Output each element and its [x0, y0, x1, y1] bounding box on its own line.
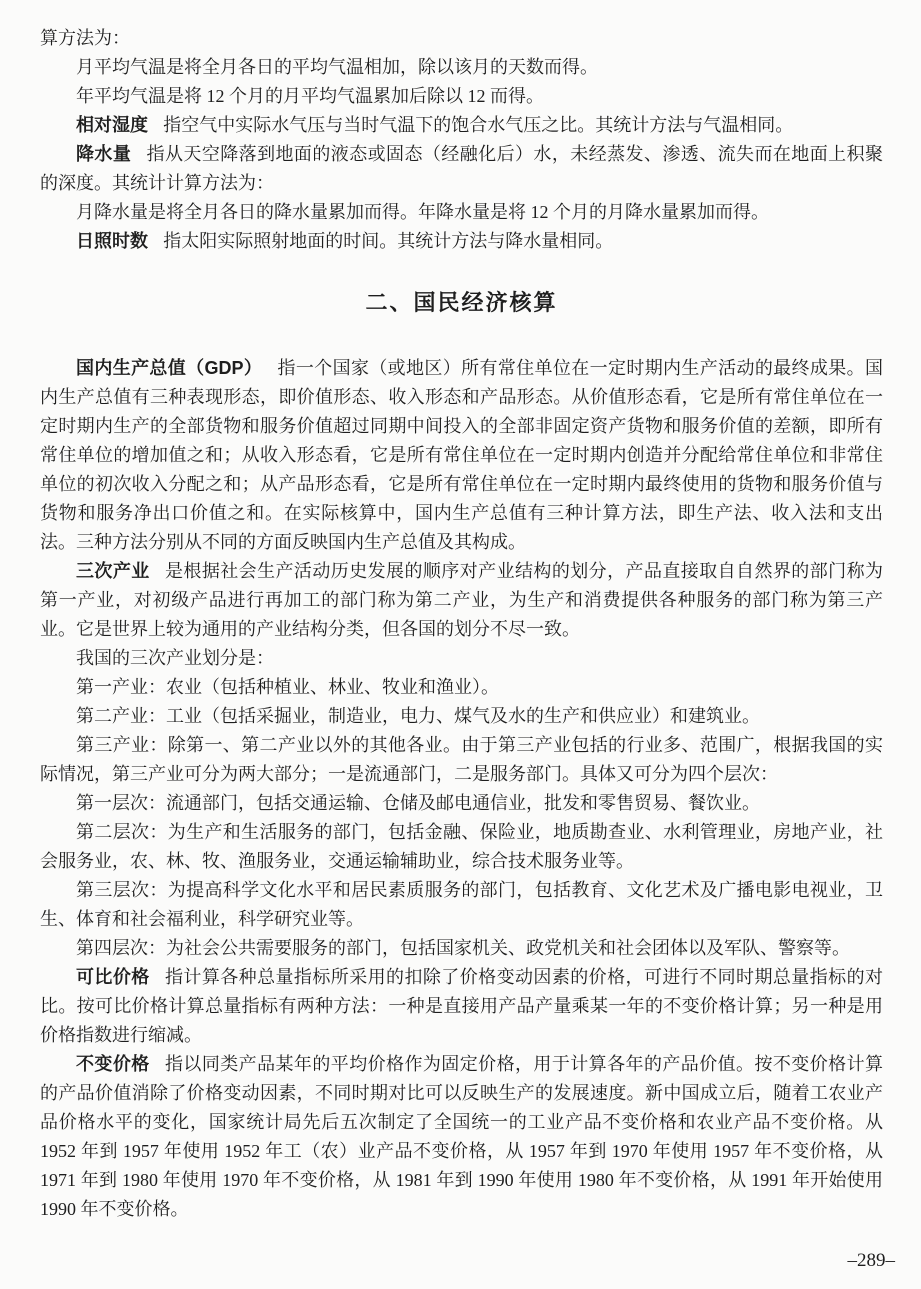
para-text: 年平均气温是将 12 个月的月平均气温累加后除以 12 而得。 [76, 86, 544, 106]
para-text: 指计算各种总量指标所采用的扣除了价格变动因素的价格，可进行不同时期总量指标的对比… [40, 967, 883, 1045]
para-text: 算方法为： [40, 28, 130, 48]
para-text: 指太阳实际照射地面的时间。其统计方法与降水量相同。 [163, 231, 613, 251]
para-sunshine-hours: 日照时数指太阳实际照射地面的时间。其统计方法与降水量相同。 [40, 227, 883, 256]
para-annual-temperature: 年平均气温是将 12 个月的月平均气温累加后除以 12 而得。 [40, 82, 883, 111]
para-text: 第二层次：为生产和生活服务的部门，包括金融、保险业，地质勘查业、水利管理业，房地… [40, 822, 883, 871]
para-text: 我国的三次产业划分是： [76, 648, 274, 668]
para-text: 第四层次：为社会公共需要服务的部门，包括国家机关、政党机关和社会团体以及军队、警… [76, 938, 850, 958]
para-tertiary-industry: 第三产业：除第一、第二产业以外的其他各业。由于第三产业包括的行业多、范围广，根据… [40, 731, 883, 789]
term-gdp: 国内生产总值（GDP） [76, 358, 262, 378]
section-heading: 二、国民经济核算 [40, 288, 883, 318]
para-secondary-industry: 第二产业：工业（包括采掘业，制造业，电力、煤气及水的生产和供应业）和建筑业。 [40, 702, 883, 731]
para-tier-3: 第三层次：为提高科学文化水平和居民素质服务的部门，包括教育、文化艺术及广播电影电… [40, 876, 883, 934]
para-three-industries: 三次产业是根据社会生产活动历史发展的顺序对产业结构的划分，产品直接取自自然界的部… [40, 557, 883, 644]
term-three-industries: 三次产业 [76, 561, 150, 581]
term-constant-prices: 不变价格 [76, 1054, 150, 1074]
para-text: 第三产业：除第一、第二产业以外的其他各业。由于第三产业包括的行业多、范围广，根据… [40, 735, 883, 784]
para-text: 指一个国家（或地区）所有常住单位在一定时期内生产活动的最终成果。国内生产总值有三… [40, 358, 883, 552]
para-continuation: 算方法为： [40, 24, 883, 53]
para-text: 月平均气温是将全月各日的平均气温相加，除以该月的天数而得。 [76, 57, 598, 77]
term-sunshine-hours: 日照时数 [76, 231, 148, 251]
para-text: 指以同类产品某年的平均价格作为固定价格，用于计算各年的产品价值。按不变价格计算的… [40, 1054, 883, 1219]
para-constant-prices: 不变价格指以同类产品某年的平均价格作为固定价格，用于计算各年的产品价值。按不变价… [40, 1050, 883, 1224]
term-relative-humidity: 相对湿度 [76, 115, 148, 135]
para-gdp: 国内生产总值（GDP）指一个国家（或地区）所有常住单位在一定时期内生产活动的最终… [40, 354, 883, 557]
para-tier-1: 第一层次：流通部门，包括交通运输、仓储及邮电通信业，批发和零售贸易、餐饮业。 [40, 789, 883, 818]
para-precipitation: 降水量指从天空降落到地面的液态或固态（经融化后）水，未经蒸发、渗透、流失而在地面… [40, 140, 883, 198]
para-industry-division-intro: 我国的三次产业划分是： [40, 644, 883, 673]
para-relative-humidity: 相对湿度指空气中实际水气压与当时气温下的饱合水气压之比。其统计方法与气温相同。 [40, 111, 883, 140]
document-page: 算方法为： 月平均气温是将全月各日的平均气温相加，除以该月的天数而得。 年平均气… [0, 0, 921, 1289]
para-tier-4: 第四层次：为社会公共需要服务的部门，包括国家机关、政党机关和社会团体以及军队、警… [40, 934, 883, 963]
para-text: 月降水量是将全月各日的降水量累加而得。年降水量是将 12 个月的月降水量累加而得… [76, 202, 769, 222]
para-text: 是根据社会生产活动历史发展的顺序对产业结构的划分，产品直接取自自然界的部门称为第… [40, 561, 883, 639]
term-precipitation: 降水量 [76, 144, 131, 164]
para-text: 第三层次：为提高科学文化水平和居民素质服务的部门，包括教育、文化艺术及广播电影电… [40, 880, 883, 929]
para-text: 第二产业：工业（包括采掘业，制造业，电力、煤气及水的生产和供应业）和建筑业。 [76, 706, 760, 726]
page-number: –289– [848, 1246, 896, 1275]
para-text: 第一产业：农业（包括种植业、林业、牧业和渔业）。 [76, 677, 499, 697]
para-text: 指空气中实际水气压与当时气温下的饱合水气压之比。其统计方法与气温相同。 [163, 115, 793, 135]
para-monthly-temperature: 月平均气温是将全月各日的平均气温相加，除以该月的天数而得。 [40, 53, 883, 82]
para-primary-industry: 第一产业：农业（包括种植业、林业、牧业和渔业）。 [40, 673, 883, 702]
para-comparable-prices: 可比价格指计算各种总量指标所采用的扣除了价格变动因素的价格，可进行不同时期总量指… [40, 963, 883, 1050]
para-tier-2: 第二层次：为生产和生活服务的部门，包括金融、保险业，地质勘查业、水利管理业，房地… [40, 818, 883, 876]
para-text: 指从天空降落到地面的液态或固态（经融化后）水，未经蒸发、渗透、流失而在地面上积聚… [40, 144, 883, 193]
para-monthly-precipitation: 月降水量是将全月各日的降水量累加而得。年降水量是将 12 个月的月降水量累加而得… [40, 198, 883, 227]
term-comparable-prices: 可比价格 [76, 967, 150, 987]
para-text: 第一层次：流通部门，包括交通运输、仓储及邮电通信业，批发和零售贸易、餐饮业。 [76, 793, 760, 813]
